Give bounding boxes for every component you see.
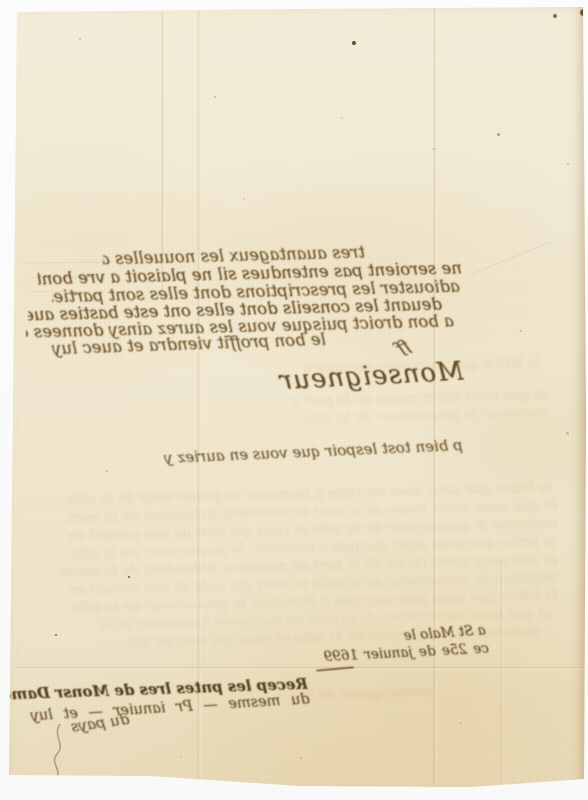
closing-line: p bien tost lespoir que vous en auriez y xyxy=(98,436,464,474)
ink-speck xyxy=(128,576,130,578)
ink-speck xyxy=(106,470,108,472)
ink-speck xyxy=(553,14,557,18)
ink-speck xyxy=(520,330,522,332)
ink-speck xyxy=(214,96,216,98)
fold-crease-vertical-2 xyxy=(197,10,201,780)
ink-speck xyxy=(460,722,462,724)
ink-speck xyxy=(243,198,245,200)
ghost-bleed-line: monseigneur de la uille xyxy=(290,684,433,709)
paper-fiber-scratch xyxy=(468,241,552,276)
ink-speck xyxy=(497,133,500,136)
ink-speck xyxy=(79,38,81,40)
paper-fiber-scratch xyxy=(22,261,112,264)
ink-speck xyxy=(55,634,57,636)
fold-crease-horizontal xyxy=(14,666,582,670)
ink-speck xyxy=(300,757,302,759)
ink-speck xyxy=(341,117,343,119)
ink-speck xyxy=(433,148,435,150)
ink-speck xyxy=(567,163,569,165)
ink-speck xyxy=(566,432,569,435)
ink-speck xyxy=(352,41,356,45)
ink-speck xyxy=(180,756,182,758)
scanned-letter-page: la lettre que uous aues escripte a monsi… xyxy=(0,0,588,800)
paper-sheet: la lettre que uous aues escripte a monsi… xyxy=(0,0,588,800)
